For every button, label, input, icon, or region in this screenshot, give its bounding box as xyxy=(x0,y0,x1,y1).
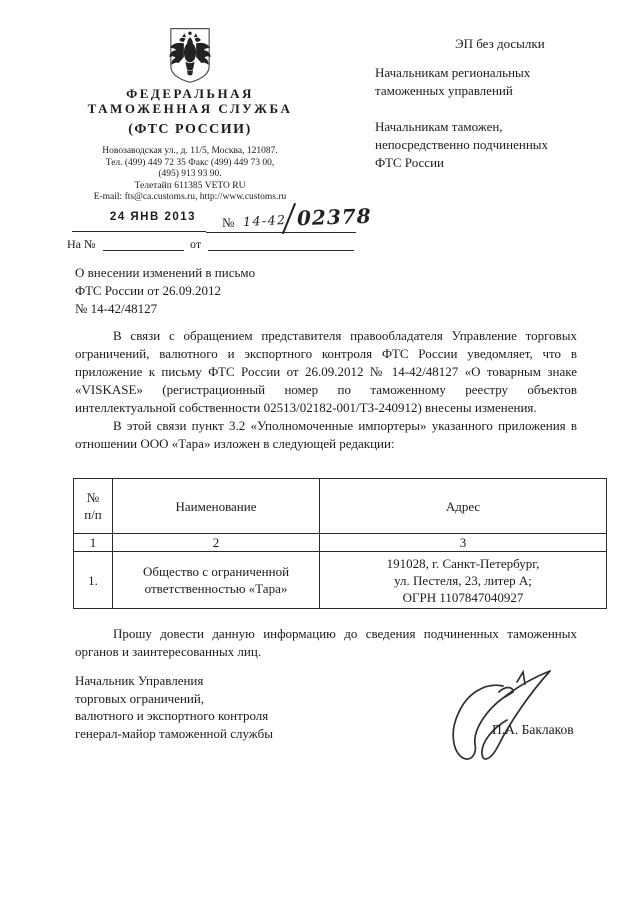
org-address-block: Новозаводская ул., д. 11/5, Москва, 1210… xyxy=(52,146,328,204)
subject-line3: № 14-42/48127 xyxy=(75,300,255,318)
table-colnum-3: 3 xyxy=(320,534,607,552)
date-underline xyxy=(72,231,206,232)
subject-line2: ФТС России от 26.09.2012 xyxy=(75,282,255,300)
table-header-num: № п/п xyxy=(74,479,113,534)
table-header-row: № п/п Наименование Адрес xyxy=(74,479,607,534)
electronic-delivery-note: ЭП без досылки xyxy=(455,36,545,52)
signoff-position-line3: валютного и экспортного контроля xyxy=(75,707,273,725)
recipient2-line1: Начальникам таможен, xyxy=(375,118,548,136)
org-name-block: ФЕДЕРАЛЬНАЯ ТАМОЖЕННАЯ СЛУЖБА (ФТС РОССИ… xyxy=(58,86,322,138)
org-name-line2: ТАМОЖЕННАЯ СЛУЖБА xyxy=(58,101,322,116)
date-stamp: 24 ЯНВ 2013 xyxy=(88,211,218,223)
recipients-group1: Начальникам региональных таможенных упра… xyxy=(375,64,530,100)
org-phone-extra: (495) 913 93 90. xyxy=(52,169,328,181)
recipients-group2: Начальникам таможен, непосредственно под… xyxy=(375,118,548,172)
body-paragraph-1: В связи с обращением представителя право… xyxy=(75,327,577,417)
org-name-line1: ФЕДЕРАЛЬНАЯ xyxy=(58,86,322,101)
number-underline xyxy=(206,232,356,233)
signoff-position-line2: торговых ограничений, xyxy=(75,690,273,708)
org-abbreviation: (ФТС РОССИИ) xyxy=(58,122,322,138)
coat-of-arms-eagle-icon xyxy=(167,26,213,85)
signatory-name: П.А. Баклаков xyxy=(492,722,574,738)
signoff-position-block: Начальник Управления торговых ограничени… xyxy=(75,672,273,742)
reply-from-label: от xyxy=(190,237,201,252)
closing-paragraph: Прошу довести данную информацию до сведе… xyxy=(75,625,577,661)
recipient1-line1: Начальникам региональных xyxy=(375,64,530,82)
outgoing-number-handwritten-prefix: 14-42 xyxy=(243,212,287,229)
subject-line1: О внесении изменений в письмо xyxy=(75,264,255,282)
outgoing-number-handwritten-suffix: 02378 xyxy=(297,204,372,231)
table-cell-address: 191028, г. Санкт-Петербург, ул. Пестеля,… xyxy=(320,552,607,609)
table-header-name: Наименование xyxy=(113,479,320,534)
handwritten-signature-icon xyxy=(437,664,595,764)
signoff-position-line4: генерал-майор таможенной службы xyxy=(75,725,273,743)
recipient2-line2: непосредственно подчиненных xyxy=(375,136,548,154)
subject-block: О внесении изменений в письмо ФТС России… xyxy=(75,264,255,318)
org-email-web: E-mail: fts@ca.customs.ru, http://www.cu… xyxy=(52,192,328,204)
reply-date-underline xyxy=(208,250,354,251)
table-header-address: Адрес xyxy=(320,479,607,534)
table-cell-name: Общество с ограниченной ответственностью… xyxy=(113,552,320,609)
table-column-number-row: 1 2 3 xyxy=(74,534,607,552)
recipient2-line3: ФТС России xyxy=(375,154,548,172)
table-row: 1. Общество с ограниченной ответственнос… xyxy=(74,552,607,609)
reply-to-number-label: На № xyxy=(67,237,95,252)
recipient1-line2: таможенных управлений xyxy=(375,82,530,100)
signoff-position-line1: Начальник Управления xyxy=(75,672,273,690)
table-colnum-2: 2 xyxy=(113,534,320,552)
table-colnum-1: 1 xyxy=(74,534,113,552)
org-phone-fax: Тел. (499) 449 72 35 Факс (499) 449 73 0… xyxy=(52,158,328,170)
letter-body: В связи с обращением представителя право… xyxy=(75,327,577,453)
body-paragraph-2: В этой связи пункт 3.2 «Уполномоченные и… xyxy=(75,417,577,453)
scanned-letter-page: ФЕДЕРАЛЬНАЯ ТАМОЖЕННАЯ СЛУЖБА (ФТС РОССИ… xyxy=(0,0,640,900)
number-sign-label: № xyxy=(222,215,234,231)
importers-table: № п/п Наименование Адрес 1 2 3 1. Общест… xyxy=(73,478,607,609)
reply-number-underline xyxy=(103,250,184,251)
table-cell-num: 1. xyxy=(74,552,113,609)
org-address-street: Новозаводская ул., д. 11/5, Москва, 1210… xyxy=(52,146,328,158)
org-teletype: Телетайп 611385 VETO RU xyxy=(52,181,328,193)
